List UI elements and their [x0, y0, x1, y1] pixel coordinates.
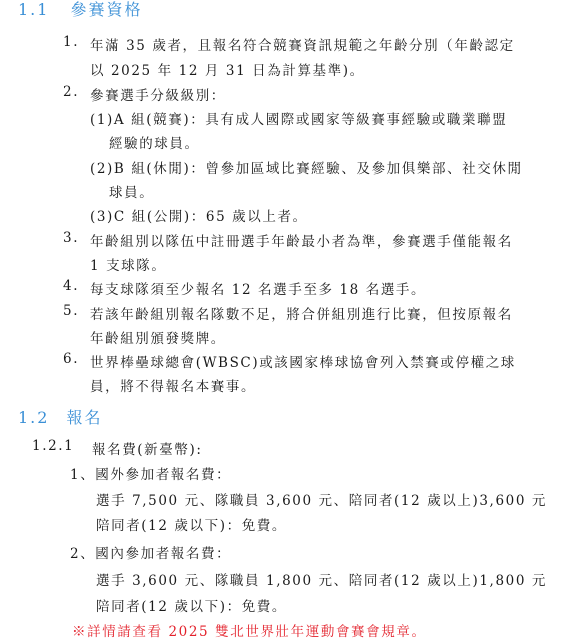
item-number: 5.	[63, 303, 79, 319]
section-title: 報名	[67, 408, 103, 427]
fee-line: 選手 7,500 元、隊職員 3,600 元、陪同者(12 歲以上)3,600 …	[96, 489, 547, 509]
subitem-text-line: (3)C 組(公開)：65 歲以上者。	[90, 205, 308, 225]
section-heading-1-2: 1.2 報名	[18, 405, 103, 428]
item-number: 3.	[63, 230, 79, 246]
item-text-line: 每支球隊須至少報名 12 名選手至多 18 名選手。	[90, 278, 426, 298]
item-text-line: 以 2025 年 12 月 31 日為計算基準)。	[90, 59, 365, 79]
fee-line: 選手 3,600 元、隊職員 1,800 元、陪同者(12 歲以上)1,800 …	[96, 569, 547, 589]
regulation-note: ※詳情請查看 2025 雙北世界壯年運動會賽會規章。	[72, 620, 427, 640]
section-number: 1.2	[18, 408, 49, 427]
fee-line: 陪同者(12 歲以下)：免費。	[96, 595, 287, 615]
fee-line: 陪同者(12 歲以下)：免費。	[96, 514, 287, 534]
subitem-text-line: 經驗的球員。	[109, 132, 200, 152]
item-text-line: 世界棒壘球總會(WBSC)或該國家棒球協會列入禁賽或停權之球	[90, 351, 516, 371]
fee-group-label-foreign: 1、國外參加者報名費：	[70, 463, 231, 483]
subitem-text-line: 球員。	[109, 181, 154, 201]
section-heading-1-1: 1.1 參賽資格	[18, 0, 143, 20]
item-text-line: 年齡組別頒發獎牌。	[90, 327, 226, 347]
item-text-line: 年滿 35 歲者，且報名符合競賽資訊規範之年齡分別（年齡認定	[90, 34, 515, 54]
subsection-title: 報名費(新臺幣):	[92, 438, 202, 458]
item-text-line: 員，將不得報名本賽事。	[90, 375, 256, 395]
subsection-number: 1.2.1	[32, 438, 74, 454]
subitem-text-line: (2)B 組(休閒)：曾參加區域比賽經驗、及參加俱樂部、社交休閒	[90, 157, 523, 177]
item-text-line: 1 支球隊。	[90, 254, 166, 274]
item-text-line: 參賽選手分級級別：	[90, 84, 226, 104]
item-number: 2.	[63, 84, 79, 100]
item-number: 4.	[63, 278, 79, 294]
item-number: 6.	[63, 351, 79, 367]
item-text-line: 若該年齡組別報名隊數不足，將合併組別進行比賽，但按原報名	[90, 303, 513, 323]
item-number: 1.	[63, 34, 79, 50]
section-title: 參賽資格	[71, 0, 143, 19]
fee-group-label-domestic: 2、國內參加者報名費：	[70, 542, 231, 562]
subitem-text-line: (1)A 組(競賽)：具有成人國際或國家等級賽事經驗或職業聯盟	[90, 108, 507, 128]
section-number: 1.1	[18, 0, 49, 19]
item-text-line: 年齡組別以隊伍中註冊選手年齡最小者為準，參賽選手僅能報名	[90, 230, 513, 250]
